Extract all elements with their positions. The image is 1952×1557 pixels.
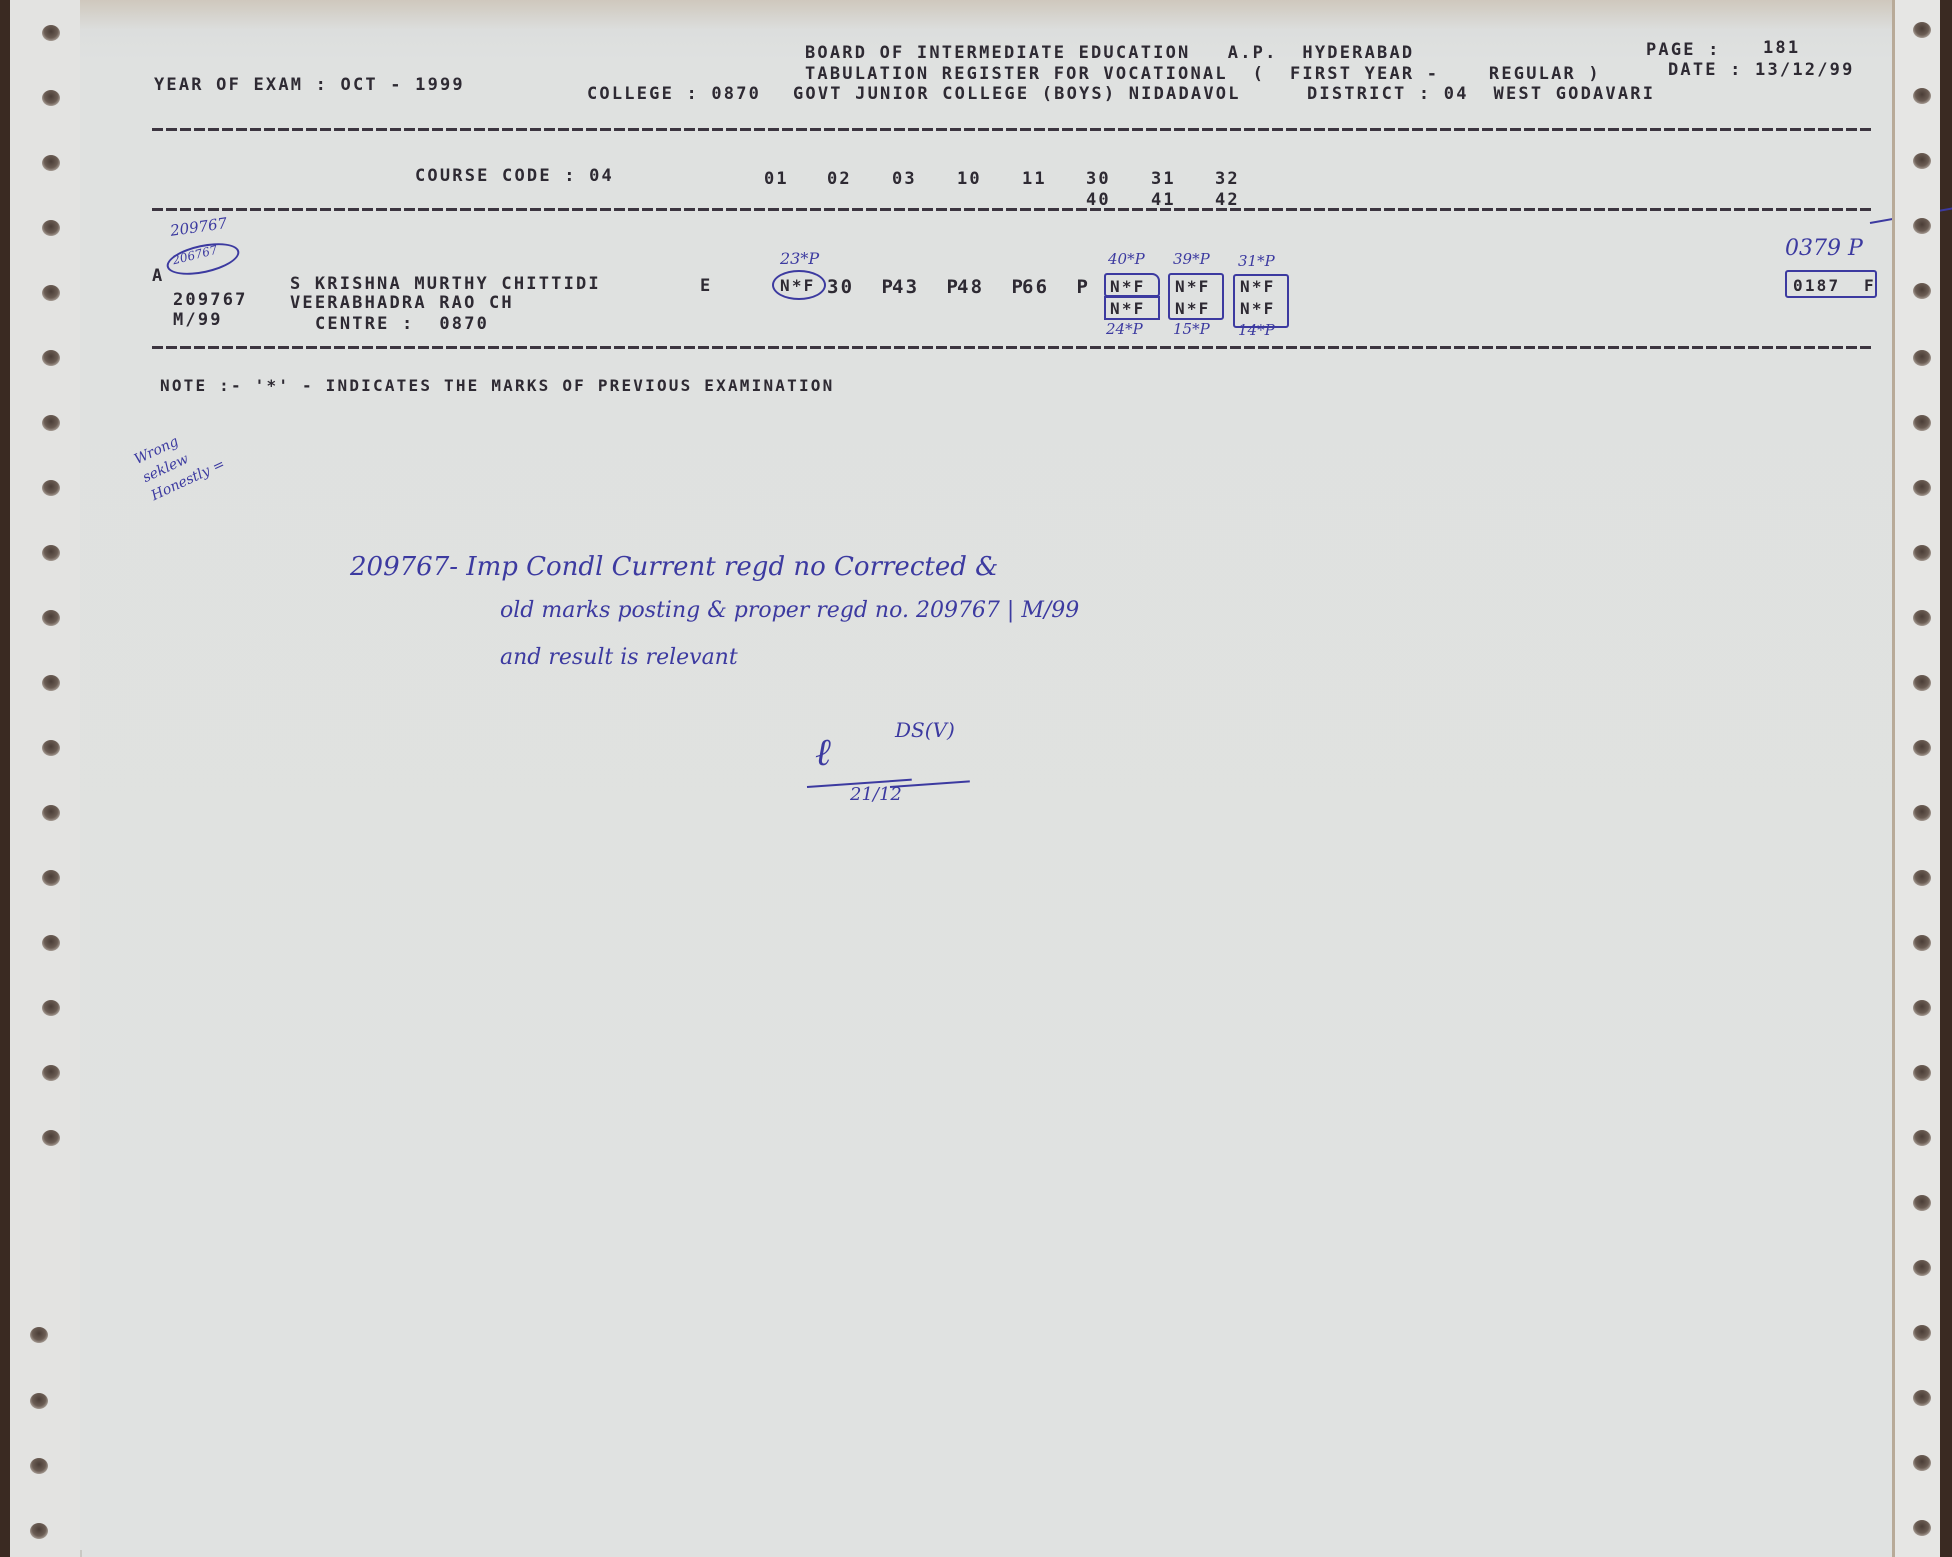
- perforation-hole: [1913, 22, 1931, 38]
- centre-code: CENTRE : 0870: [315, 314, 489, 334]
- perforation-hole: [30, 1523, 48, 1539]
- tractor-feed-strip-right: [1892, 0, 1940, 1557]
- perforation-hole: [42, 675, 60, 691]
- category-code: A: [152, 266, 164, 286]
- handwritten-mark-32: 31*P: [1238, 252, 1275, 270]
- perforation-hole: [30, 1393, 48, 1409]
- perforation-hole: [1913, 545, 1931, 561]
- handwritten-mark-42: 14*P: [1238, 321, 1275, 339]
- mark-11: 66 P: [1022, 276, 1090, 298]
- subject-code: 41: [1151, 190, 1176, 210]
- signature-title: DS(V): [895, 718, 955, 742]
- separator-line: [152, 128, 1872, 131]
- perforation-hole: [1913, 1260, 1931, 1276]
- perforation-hole: [42, 350, 60, 366]
- subject-code: 02: [827, 169, 852, 189]
- subject-code: 11: [1022, 169, 1047, 189]
- perforation-hole: [42, 545, 60, 561]
- subject-code: 30: [1086, 169, 1111, 189]
- father-name: VEERABHADRA RAO CH: [290, 293, 514, 313]
- perforation-hole: [1913, 153, 1931, 169]
- perforation-hole: [1913, 610, 1931, 626]
- perforation-hole: [30, 1327, 48, 1343]
- perforation-hole: [30, 1458, 48, 1474]
- course-code: COURSE CODE : 04: [415, 166, 614, 186]
- subject-code: 10: [957, 169, 982, 189]
- perforation-hole: [42, 740, 60, 756]
- register-title: TABULATION REGISTER FOR VOCATIONAL ( FIR…: [805, 64, 1601, 84]
- handwritten-mark-31: 39*P: [1173, 250, 1210, 268]
- perforation-hole: [42, 480, 60, 496]
- perforation-hole: [1913, 350, 1931, 366]
- ink-box: [1233, 274, 1289, 328]
- handwritten-margin-note: Wrong seklew Honestly =: [131, 418, 228, 506]
- handwritten-mark-01: 23*P: [780, 249, 819, 268]
- ink-box: [1168, 273, 1224, 320]
- perforation-hole: [42, 1000, 60, 1016]
- perforation-hole: [1913, 1455, 1931, 1471]
- perforation-hole: [1913, 415, 1931, 431]
- signature-glyph: ℓ: [815, 730, 831, 775]
- perforation-hole: [1913, 88, 1931, 104]
- perforation-hole: [1913, 218, 1931, 234]
- year-of-exam: YEAR OF EXAM : OCT - 1999: [154, 75, 465, 95]
- handwritten-remark-line-1: 209767- Imp Condl Current regd no Correc…: [350, 552, 998, 582]
- subject-code: 01: [764, 169, 789, 189]
- ink-box: [1104, 296, 1160, 320]
- perforation-hole: [42, 25, 60, 41]
- tabulation-register-page: YEAR OF EXAM : OCT - 1999 BOARD OF INTER…: [80, 0, 1895, 1550]
- perforation-hole: [42, 285, 60, 301]
- perforation-hole: [42, 870, 60, 886]
- student-name: S KRISHNA MURTHY CHITTIDI: [290, 274, 601, 294]
- subject-code: 32: [1215, 169, 1240, 189]
- handwritten-mark-41: 15*P: [1173, 320, 1210, 338]
- perforation-hole: [42, 155, 60, 171]
- subject-code: 42: [1215, 190, 1240, 210]
- perforation-hole: [42, 220, 60, 236]
- exam-session: M/99: [173, 310, 223, 330]
- tractor-feed-strip-left: [10, 0, 82, 1557]
- perforation-hole: [1913, 480, 1931, 496]
- perforation-hole: [1913, 805, 1931, 821]
- mark-03: 43 P: [892, 276, 960, 298]
- ink-box: [1104, 273, 1160, 297]
- hall-ticket-number: 209767: [173, 290, 248, 310]
- perforation-hole: [1913, 740, 1931, 756]
- perforation-hole: [42, 90, 60, 106]
- perforation-hole: [1913, 283, 1931, 299]
- perforation-hole: [1913, 675, 1931, 691]
- subject-code: 03: [892, 169, 917, 189]
- handwritten-corrected-total: 0379 P: [1785, 236, 1863, 261]
- separator-line: [152, 346, 1872, 349]
- medium: E: [700, 276, 712, 296]
- paper-sheet: YEAR OF EXAM : OCT - 1999 BOARD OF INTER…: [10, 0, 1940, 1557]
- perforation-hole: [1913, 935, 1931, 951]
- perforation-hole: [1913, 1000, 1931, 1016]
- perforation-hole: [1913, 870, 1931, 886]
- perforation-hole: [1913, 1325, 1931, 1341]
- handwritten-mark-30: 40*P: [1108, 250, 1145, 268]
- ink-box: [1785, 270, 1877, 298]
- district: DISTRICT : 04 WEST GODAVARI: [1307, 84, 1655, 104]
- handwritten-remark-line-2: old marks posting & proper regd no. 2097…: [500, 598, 1079, 623]
- handwritten-hall-ticket: 209767: [169, 214, 228, 240]
- handwritten-mark-40: 24*P: [1106, 320, 1143, 338]
- college-code: COLLEGE : 0870: [587, 84, 761, 104]
- subject-code: 31: [1151, 169, 1176, 189]
- perforation-hole: [42, 935, 60, 951]
- perforation-hole: [1913, 1520, 1931, 1536]
- perforation-hole: [42, 610, 60, 626]
- perforation-hole: [1913, 1130, 1931, 1146]
- mark-10: 48 P: [957, 276, 1025, 298]
- board-title: BOARD OF INTERMEDIATE EDUCATION A.P. HYD…: [805, 43, 1414, 63]
- perforation-hole: [42, 415, 60, 431]
- footnote: NOTE :- '*' - INDICATES THE MARKS OF PRE…: [160, 376, 834, 395]
- perforation-hole: [42, 1130, 60, 1146]
- page-number: 181: [1763, 38, 1800, 58]
- print-date: DATE : 13/12/99: [1668, 60, 1855, 80]
- page-label: PAGE :: [1646, 40, 1721, 60]
- mark-02: 30 P: [827, 276, 895, 298]
- perforation-hole: [42, 1065, 60, 1081]
- signature-underline: [890, 780, 970, 788]
- separator-line: [152, 208, 1872, 211]
- college-name: GOVT JUNIOR COLLEGE (BOYS) NIDADAVOL: [793, 84, 1241, 104]
- perforation-hole: [1913, 1065, 1931, 1081]
- handwritten-remark-line-3: and result is relevant: [500, 645, 738, 670]
- ink-circle: [772, 270, 826, 300]
- subject-code: 40: [1086, 190, 1111, 210]
- perforation-hole: [1913, 1195, 1931, 1211]
- perforation-hole: [42, 805, 60, 821]
- perforation-hole: [1913, 1390, 1931, 1406]
